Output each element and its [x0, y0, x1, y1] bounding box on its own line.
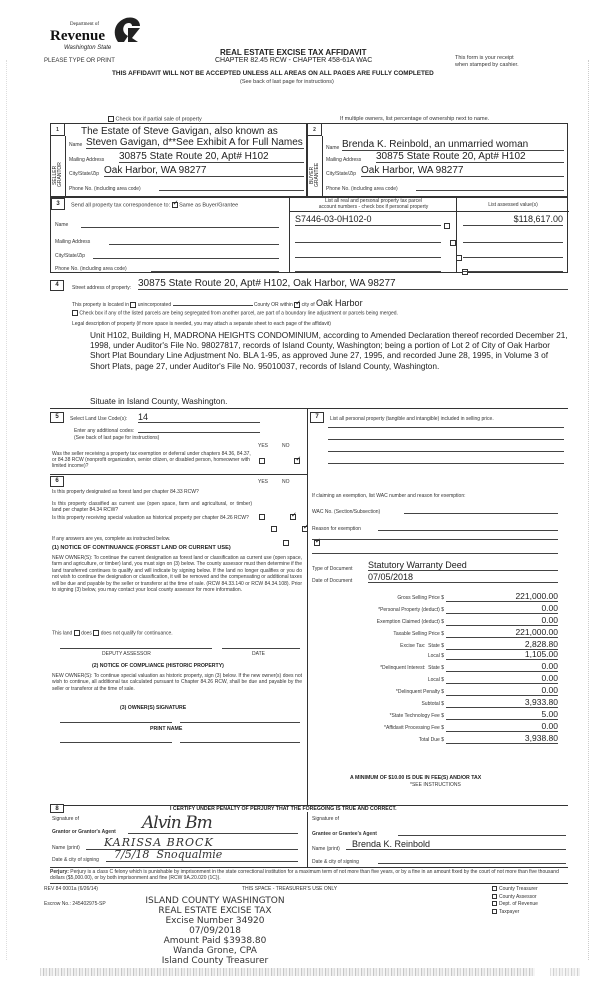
- seller-mailing[interactable]: 30875 State Route 20, Apt# H102: [119, 151, 304, 163]
- fee-value-7[interactable]: 0.00: [446, 661, 558, 672]
- legal-label: Legal description of property (if more s…: [72, 321, 331, 327]
- grantee-name-label: Name (print): [312, 846, 340, 852]
- personal-property-line-2[interactable]: [328, 439, 564, 440]
- grantor-date-label: Date & city of signing: [52, 857, 99, 863]
- s6-yes-checkbox-1[interactable]: [259, 514, 265, 520]
- doc-date-label: Date of Document: [312, 578, 352, 584]
- wac-label: WAC No. (Section/Subsection): [312, 509, 380, 515]
- land-use-label: Select Land Use Code(s):: [70, 416, 127, 422]
- fee-label-2: *Personal Property (deduct) $: [326, 607, 444, 613]
- section-5-number: 5: [50, 412, 64, 423]
- buyer-phone[interactable]: [416, 182, 564, 191]
- assessor-date-label: DATE: [252, 651, 265, 657]
- fee-label-10: Subtotal $: [326, 701, 444, 707]
- fee-label-13: Total Due $: [326, 737, 444, 743]
- seller-name-label: Name: [69, 142, 82, 148]
- seller-phone-label: Phone No. (including area code): [69, 186, 141, 192]
- fee-value-3[interactable]: 0.00: [446, 615, 558, 626]
- grantor-date-city[interactable]: 7/5/18 Snoqualmie: [106, 848, 298, 862]
- s5-yes-header: YES: [258, 443, 268, 449]
- assessed-header: List assessed value(s): [457, 202, 569, 208]
- fee-value-4[interactable]: 221,000.00: [446, 627, 558, 638]
- segregated-checkbox[interactable]: [72, 310, 78, 316]
- partial-sale-row: Check box if partial sale of property: [108, 116, 202, 122]
- corr-city-label: City/State/Zip: [55, 253, 85, 259]
- city-checkbox[interactable]: [294, 302, 300, 308]
- notice1-text: NEW OWNER(S): To continue the current de…: [52, 555, 302, 593]
- section-7-number: 7: [310, 412, 324, 423]
- assessed-value-1[interactable]: $118,617.00: [463, 214, 563, 226]
- minimum-note: A MINIMUM OF $10.00 IS DUE IN FEE(S) AND…: [350, 775, 481, 781]
- s6-question-3: Is this property receiving special valua…: [52, 515, 252, 521]
- form-title: REAL ESTATE EXCISE TAX AFFIDAVIT: [220, 48, 367, 57]
- corr-name-field[interactable]: [81, 220, 279, 228]
- partial-sale-label: Check box if partial sale of property: [116, 116, 202, 122]
- exemption-claim-label: If claiming an exemption, list WAC numbe…: [312, 493, 466, 499]
- parcel-number-2[interactable]: [295, 231, 441, 243]
- section-3-correspondence: 3 Send all property tax correspondence t…: [50, 197, 568, 273]
- fee-label-3: Exemption Claimed (deduct) $: [326, 619, 444, 625]
- print-name-1[interactable]: [60, 742, 172, 743]
- notice1-title: (1) NOTICE OF CONTINUANCE (FOREST LAND O…: [52, 545, 231, 551]
- seller-name-line1: The Estate of Steve Gavigan, also known …: [81, 126, 278, 137]
- acceptance-warning: THIS AFFIDAVIT WILL NOT BE ACCEPTED UNLE…: [112, 70, 434, 77]
- buyer-name[interactable]: Brenda K. Reinbold, an unmarried woman: [342, 139, 564, 151]
- notice2-text: NEW OWNER(S): To continue special valuat…: [52, 673, 302, 692]
- personal-property-line-4[interactable]: [328, 463, 564, 464]
- fee-label-11: *State Technology Fee $: [326, 713, 444, 719]
- s6-question-1: Is this property designated as forest la…: [52, 489, 252, 495]
- qualify-row: This land does does not qualify for cont…: [52, 630, 173, 636]
- parcel-number-1[interactable]: S7446-03-0H102-0: [295, 214, 441, 226]
- same-as-buyer-label: Same as Buyer/Grantee: [179, 202, 238, 208]
- fee-label-12: *Affidavit Processing Fee $: [326, 725, 444, 731]
- fee-value-12[interactable]: 0.00: [446, 721, 558, 732]
- buyer-mailing-label: Mailing Address: [326, 157, 361, 163]
- personal-property-checkbox-3[interactable]: [456, 255, 462, 261]
- owner-sig-label: (3) OWNER(S) SIGNATURE: [120, 705, 186, 711]
- please-type: PLEASE TYPE OR PRINT: [44, 58, 115, 64]
- personal-property-checkbox-2[interactable]: [450, 240, 456, 246]
- partial-sale-checkbox[interactable]: [108, 116, 114, 122]
- seller-mailing-label: Mailing Address: [69, 157, 104, 163]
- county-field[interactable]: [173, 305, 253, 306]
- s5-no-checkbox[interactable]: [294, 458, 300, 464]
- fee-value-13[interactable]: 3,938.80: [446, 733, 558, 744]
- fee-value-6[interactable]: 1,105.00: [446, 649, 558, 660]
- copy-checkbox-1[interactable]: [492, 886, 497, 891]
- grantee-sig-label-2: Grantee or Grantee's Agent: [312, 831, 377, 837]
- corr-mailing-field[interactable]: [109, 237, 279, 245]
- rev-number: REV 84 0001a (6/26/14): [44, 886, 98, 892]
- wac-field[interactable]: [404, 506, 558, 514]
- copy-label-1: County Treasurer: [499, 886, 538, 892]
- reason-line-2[interactable]: [312, 539, 558, 540]
- assessed-value-3[interactable]: [463, 246, 563, 258]
- logo-dept-text: Department of: [70, 22, 99, 27]
- copy-checkbox-2[interactable]: [492, 894, 497, 899]
- if-yes-note: If any answers are yes, complete as inst…: [52, 536, 170, 542]
- notice2-title: (2) NOTICE OF COMPLIANCE (HISTORIC PROPE…: [92, 663, 224, 669]
- property-street[interactable]: 30875 State Route 20, Apt# H102, Oak Har…: [138, 278, 568, 290]
- perjury-notice: Perjury: Perjury is a class C felony whi…: [50, 869, 568, 881]
- located-row: This property is located in unincorporat…: [72, 298, 363, 308]
- s6-yes-checkbox-3[interactable]: [283, 540, 289, 546]
- legal-description: Unit H102, Building H, MADRONA HEIGHTS C…: [90, 330, 568, 371]
- revenue-logo-icon: [112, 16, 142, 44]
- parcel-number-3[interactable]: [295, 246, 441, 258]
- same-as-buyer-checkbox[interactable]: [172, 202, 178, 208]
- deputy-assessor-sig[interactable]: [60, 648, 212, 649]
- section-6-number: 6: [50, 476, 64, 487]
- additional-codes-note: (See back of last page for instructions): [74, 435, 159, 441]
- fee-value-2[interactable]: 0.00: [446, 603, 558, 614]
- buyer-grantee-label: BUYER GRANTEE: [310, 156, 320, 194]
- section-1-seller: 1 SELLER GRANTOR The Estate of Steve Gav…: [50, 123, 307, 197]
- seller-city-label: City/State/Zip: [69, 171, 99, 177]
- section-8-number: 8: [50, 804, 64, 813]
- copy-1: County Treasurer: [492, 886, 538, 894]
- exemption-question: Was the seller receiving a property tax …: [52, 451, 252, 469]
- seller-name-line2[interactable]: Steven Gavigan, d**See Exhibit A for Ful…: [86, 137, 304, 149]
- fee-label-1: Gross Selling Price $: [326, 595, 444, 601]
- personal-property-line-3[interactable]: [328, 451, 564, 452]
- fee-label-8: Local $: [326, 677, 444, 683]
- grantee-sig-label-1: Signature of: [312, 816, 339, 822]
- logo-state-text: Washington State: [64, 45, 111, 51]
- seller-grantor-label: SELLER GRANTOR: [53, 156, 63, 194]
- seller-phone[interactable]: [159, 182, 304, 191]
- copy-label-2: County Assessor: [499, 894, 537, 900]
- see-instructions: *SEE INSTRUCTIONS: [410, 782, 461, 788]
- deputy-assessor-label: DEPUTY ASSESSOR: [102, 651, 151, 657]
- buyer-city-label: City/State/Zip: [326, 171, 356, 177]
- corr-phone-label: Phone No. (including area code): [55, 266, 127, 272]
- stamp-line-3: Excise Number 34920: [140, 916, 290, 926]
- doc-type[interactable]: Statutory Warranty Deed: [368, 560, 558, 571]
- stamp-line-1: ISLAND COUNTY WASHINGTON: [140, 896, 290, 906]
- fee-label-7: *Delinquent Interest: State $: [326, 665, 444, 671]
- copy-checkbox-4[interactable]: [492, 909, 497, 914]
- personal-property-label: List all personal property (tangible and…: [330, 416, 494, 422]
- section-1-number: 1: [51, 124, 65, 136]
- section-4-number: 4: [50, 280, 64, 291]
- instructions-note: (See back of last page for instructions): [240, 79, 334, 85]
- copy-4: Taxpayer: [492, 909, 538, 917]
- additional-codes-label: Enter any additional codes:: [74, 428, 134, 434]
- owner-signature-1[interactable]: [60, 722, 172, 723]
- stamp-line-4: 07/09/2018: [140, 926, 290, 936]
- corr-phone-field[interactable]: [151, 264, 279, 272]
- fee-value-10[interactable]: 3,933.80: [446, 697, 558, 708]
- scan-artifact-right: [550, 968, 580, 976]
- s5-no-header: NO: [282, 443, 290, 449]
- s6-yes-header: YES: [258, 479, 268, 485]
- section-3-number: 3: [51, 198, 65, 210]
- s6-no-header: NO: [282, 479, 290, 485]
- send-to-label: Send all property tax correspondence to:: [71, 202, 170, 208]
- stamp-line-5: Amount Paid $3938.80: [140, 936, 290, 946]
- assessed-value-2[interactable]: [463, 231, 563, 243]
- doc-type-label: Type of Document: [312, 566, 353, 572]
- fee-value-8[interactable]: 0.00: [446, 673, 558, 684]
- grantor-name-label: Name (print): [52, 845, 80, 851]
- land-use-code[interactable]: 14: [138, 412, 260, 423]
- dor-logo: Department of Revenue Washington State: [46, 14, 146, 64]
- buyer-name-label: Name: [326, 145, 339, 151]
- fee-label-9: *Delinquent Penalty $: [326, 689, 444, 695]
- fee-label-6: Local $: [326, 653, 444, 659]
- logo-revenue-text: Revenue: [50, 28, 105, 45]
- buyer-mailing[interactable]: 30875 State Route 20, Apt# H102: [376, 151, 564, 163]
- reason-label: Reason for exemption: [312, 526, 361, 532]
- s6-yes-checkbox-2[interactable]: [271, 526, 277, 532]
- corr-city-field[interactable]: [93, 251, 279, 259]
- doc-date[interactable]: 07/05/2018: [368, 572, 558, 583]
- assessed-value-4[interactable]: [463, 260, 563, 272]
- grantee-date-city[interactable]: [378, 856, 566, 864]
- fee-value-11[interactable]: 5.00: [446, 709, 558, 720]
- copy-2: County Assessor: [492, 894, 538, 902]
- buyer-city[interactable]: Oak Harbor, WA 98277: [361, 165, 564, 177]
- multiple-owners-note: If multiple owners, list percentage of o…: [340, 116, 489, 122]
- grantee-name[interactable]: Brenda K. Reinbold: [346, 839, 566, 850]
- does-qualify-checkbox[interactable]: [74, 630, 80, 636]
- stamp-line-7: Island County Treasurer: [140, 956, 290, 966]
- treasurer-use-label: THIS SPACE - TREASURER'S USE ONLY: [242, 886, 337, 892]
- situate-text: Situate in Island County, Washington.: [90, 396, 227, 406]
- does-not-qualify-checkbox[interactable]: [93, 630, 99, 636]
- fee-label-5: Excise Tax: State $: [326, 643, 444, 649]
- buyer-phone-label: Phone No. (including area code): [326, 186, 398, 192]
- reason-line-3[interactable]: [312, 553, 558, 554]
- copy-label-4: Taxpayer: [499, 909, 519, 915]
- copy-3: Dept. of Revenue: [492, 901, 538, 909]
- grantor-sig-label-2: Grantor or Grantor's Agent: [52, 829, 116, 835]
- fee-label-4: Taxable Selling Price $: [326, 631, 444, 637]
- seller-city[interactable]: Oak Harbor, WA 98277: [104, 165, 304, 177]
- copy-checkbox-3[interactable]: [492, 901, 497, 906]
- treasurer-stamp: ISLAND COUNTY WASHINGTONREAL ESTATE EXCI…: [140, 896, 290, 966]
- fee-value-1[interactable]: 221,000.00: [446, 591, 558, 602]
- print-name-2[interactable]: [180, 742, 300, 743]
- section-2-number: 2: [308, 124, 322, 136]
- scan-artifact: [40, 968, 535, 976]
- parcel-number-4[interactable]: [295, 260, 441, 272]
- reason-field[interactable]: [378, 523, 558, 531]
- assessor-date-field[interactable]: [222, 648, 300, 649]
- unincorporated-checkbox[interactable]: [130, 302, 136, 308]
- fee-value-9[interactable]: 0.00: [446, 685, 558, 696]
- corr-mailing-label: Mailing Address: [55, 239, 90, 245]
- owner-signature-2[interactable]: [180, 722, 300, 723]
- form-subtitle: CHAPTER 82.45 RCW - CHAPTER 458-61A WAC: [215, 57, 372, 64]
- street-label: Street address of property:: [72, 285, 131, 291]
- grantee-date-label: Date & city of signing: [312, 859, 359, 865]
- s6-no-checkbox-1[interactable]: [290, 514, 296, 520]
- grantee-signature[interactable]: [398, 828, 566, 836]
- stamp-line-2: REAL ESTATE EXCISE TAX: [140, 906, 290, 916]
- additional-codes-field[interactable]: [138, 425, 260, 433]
- print-name-label: PRINT NAME: [150, 726, 182, 732]
- receipt-note-2: when stamped by cashier.: [455, 62, 519, 68]
- segregated-row: Check box if any of the listed parcels a…: [72, 310, 398, 316]
- city-of-value: Oak Harbor: [316, 298, 363, 308]
- grantor-signature[interactable]: Alvin Bm: [128, 812, 298, 834]
- copy-label-3: Dept. of Revenue: [499, 901, 538, 907]
- s6-question-2: Is this property classified as current u…: [52, 501, 252, 513]
- receipt-note-1: This form is your receipt: [455, 55, 514, 61]
- stamp-line-6: Wanda Grone, CPA: [140, 946, 290, 956]
- parcel-header: List all real and personal property tax …: [291, 198, 456, 210]
- personal-property-checkbox-1[interactable]: [444, 223, 450, 229]
- section-2-buyer: 2 BUYER GRANTEE Name Brenda K. Reinbold,…: [307, 123, 568, 197]
- corr-name-label: Name: [55, 222, 68, 228]
- s6-no-checkbox-3[interactable]: [314, 540, 320, 546]
- grantor-sig-label-1: Signature of: [52, 816, 79, 822]
- s5-yes-checkbox[interactable]: [259, 458, 265, 464]
- copy-distribution: County TreasurerCounty AssessorDept. of …: [492, 886, 538, 916]
- send-to-row: Send all property tax correspondence to:…: [71, 202, 238, 208]
- escrow-row: Escrow No.: 245402975-SP: [44, 901, 106, 907]
- personal-property-line-1[interactable]: [328, 427, 564, 428]
